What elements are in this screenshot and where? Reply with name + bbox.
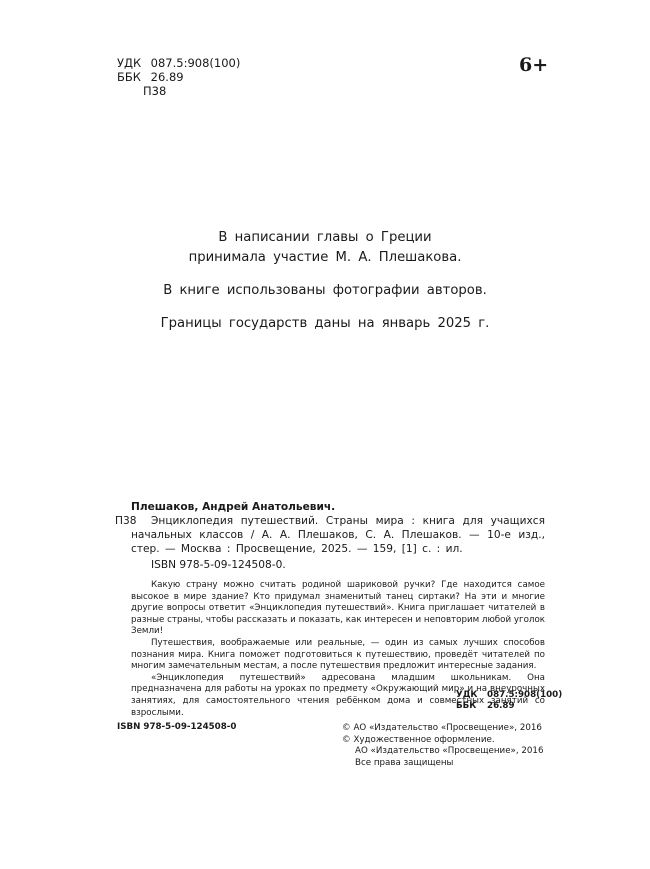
- udk-value: 087.5:908(100): [151, 56, 241, 70]
- annotation-paragraph: Путешествия, воображаемые или реальные, …: [131, 638, 545, 673]
- udk-label: УДК: [117, 56, 147, 70]
- bbk-label: ББК: [117, 70, 147, 84]
- bibliographic-entry: П38 Энциклопедия путешествий. Страны мир…: [117, 514, 545, 556]
- age-rating: 6+: [519, 54, 548, 76]
- index-mark: П38: [115, 514, 136, 528]
- udk-label: УДК: [456, 690, 484, 701]
- isbn-entry: ISBN 978-5-09-124508-0.: [117, 558, 545, 572]
- annotation-paragraph: Какую страну можно считать родиной шарик…: [131, 580, 545, 638]
- isbn-bottom: ISBN 978-5-09-124508-0: [117, 722, 236, 732]
- classification-bottom: УДК 087.5:908(100) ББК 26.89: [456, 690, 562, 712]
- classification-codes: УДК 087.5:908(100) ББК 26.89 П38: [117, 56, 240, 98]
- note-line: принимала участие М. А. Плешакова.: [0, 248, 650, 268]
- notes-block: В написании главы о Греции принимала уча…: [0, 228, 650, 334]
- author-mark: П38: [117, 84, 240, 98]
- copyright-block: © АО «Издательство «Просвещение», 2016 ©…: [342, 723, 543, 769]
- bbk-label: ББК: [456, 701, 484, 712]
- note-line: В книге использованы фотографии авторов.: [0, 281, 650, 301]
- copyright-line: АО «Издательство «Просвещение», 2016: [342, 746, 543, 758]
- bbk-value: 26.89: [151, 70, 184, 84]
- note-line: Границы государств даны на январь 2025 г…: [0, 314, 650, 334]
- udk-value: 087.5:908(100): [487, 690, 562, 700]
- author-heading: Плешаков, Андрей Анатольевич.: [131, 500, 545, 514]
- copyright-line: © Художественное оформление.: [342, 735, 543, 747]
- udk-row: УДК 087.5:908(100): [117, 56, 240, 70]
- copyright-line: © АО «Издательство «Просвещение», 2016: [342, 723, 543, 735]
- note-line: В написании главы о Греции: [0, 228, 650, 248]
- bibliographic-record: Плешаков, Андрей Анатольевич. П38 Энцикл…: [117, 500, 545, 572]
- bbk-row: ББК 26.89: [117, 70, 240, 84]
- rights-reserved: Все права защищены: [342, 758, 543, 770]
- bbk-row: ББК 26.89: [456, 701, 562, 712]
- bbk-value: 26.89: [487, 701, 514, 711]
- udk-row: УДК 087.5:908(100): [456, 690, 562, 701]
- bibliographic-description: Энциклопедия путешествий. Страны мира : …: [131, 514, 545, 556]
